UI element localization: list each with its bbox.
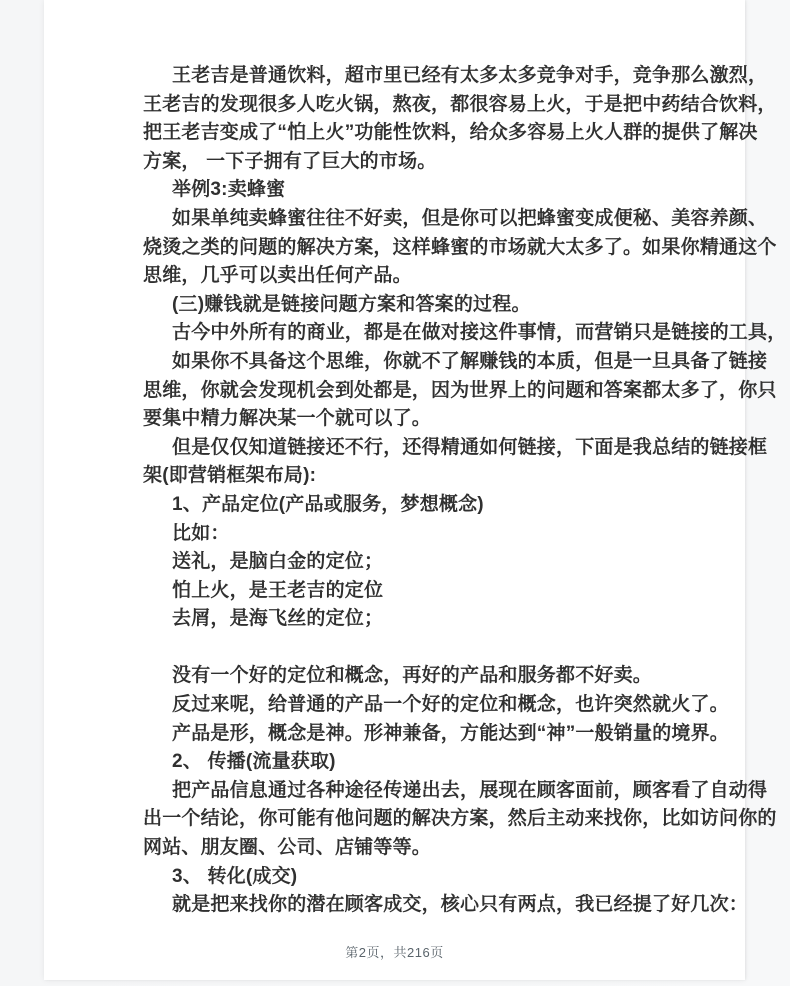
text-line: 举例3:卖蜂蜜	[143, 176, 721, 205]
text-line: 反过来呢，给普通的产品一个好的定位和概念，也许突然就火了。	[143, 691, 721, 720]
text-line: 怕上火，是王老吉的定位	[143, 577, 721, 606]
text-line: 网站、朋友圈、公司、店铺等等。	[143, 834, 721, 863]
text-line: 如果单纯卖蜂蜜往往不好卖，但是你可以把蜂蜜变成便秘、美容养颜、	[143, 205, 721, 234]
text-line: 思维，几乎可以卖出任何产品。	[143, 262, 721, 291]
text-line: 王老吉是普通饮料，超市里已经有太多太多竞争对手，竞争那么激烈，	[143, 62, 721, 91]
text-line: 烧烫之类的问题的解决方案，这样蜂蜜的市场就大太多了。如果你精通这个	[143, 234, 721, 263]
text-line: 如果你不具备这个思维，你就不了解赚钱的本质，但是一旦具备了链接	[143, 348, 721, 377]
text-line: 产品是形，概念是神。形神兼备，方能达到“神”一般销量的境界。	[143, 720, 721, 749]
text-line: 思维，你就会发现机会到处都是，因为世界上的问题和答案都太多了，你只	[143, 377, 721, 406]
text-line: 3、 转化(成交)	[143, 863, 721, 892]
text-line: 古今中外所有的商业，都是在做对接这件事情，而营销只是链接的工具，	[143, 319, 721, 348]
text-line: 没有一个好的定位和概念，再好的产品和服务都不好卖。	[143, 662, 721, 691]
document-page: 王老吉是普通饮料，超市里已经有太多太多竞争对手，竞争那么激烈，王老吉的发现很多人…	[44, 0, 745, 980]
text-line: 比如：	[143, 520, 721, 549]
text-line: 把产品信息通过各种途径传递出去，展现在顾客面前，顾客看了自动得	[143, 777, 721, 806]
text-line: 但是仅仅知道链接还不行，还得精通如何链接，下面是我总结的链接框	[143, 434, 721, 463]
text-line: 王老吉的发现很多人吃火锅，熬夜，都很容易上火，于是把中药结合饮料，	[143, 91, 721, 120]
text-line: 去屑，是海飞丝的定位；	[143, 605, 721, 634]
page-number-indicator: 第2页，共216页	[44, 942, 745, 961]
text-line: 就是把来找你的潜在顾客成交，核心只有两点，我已经提了好几次：	[143, 891, 721, 920]
text-line	[143, 634, 721, 663]
text-line: (三)赚钱就是链接问题方案和答案的过程。	[143, 291, 721, 320]
text-line: 架(即营销框架布局):	[143, 462, 721, 491]
text-line: 方案， 一下子拥有了巨大的市场。	[143, 148, 721, 177]
text-line: 出一个结论，你可能有他问题的解决方案，然后主动来找你，比如访问你的	[143, 805, 721, 834]
document-viewer: 王老吉是普通饮料，超市里已经有太多太多竞争对手，竞争那么激烈，王老吉的发现很多人…	[0, 0, 790, 986]
text-line: 送礼，是脑白金的定位；	[143, 548, 721, 577]
text-line: 要集中精力解决某一个就可以了。	[143, 405, 721, 434]
text-line: 1、产品定位(产品或服务，梦想概念)	[143, 491, 721, 520]
text-line: 把王老吉变成了“怕上火”功能性饮料，给众多容易上火人群的提供了解决	[143, 119, 721, 148]
page-content: 王老吉是普通饮料，超市里已经有太多太多竞争对手，竞争那么激烈，王老吉的发现很多人…	[143, 62, 721, 920]
text-line: 2、 传播(流量获取)	[143, 748, 721, 777]
